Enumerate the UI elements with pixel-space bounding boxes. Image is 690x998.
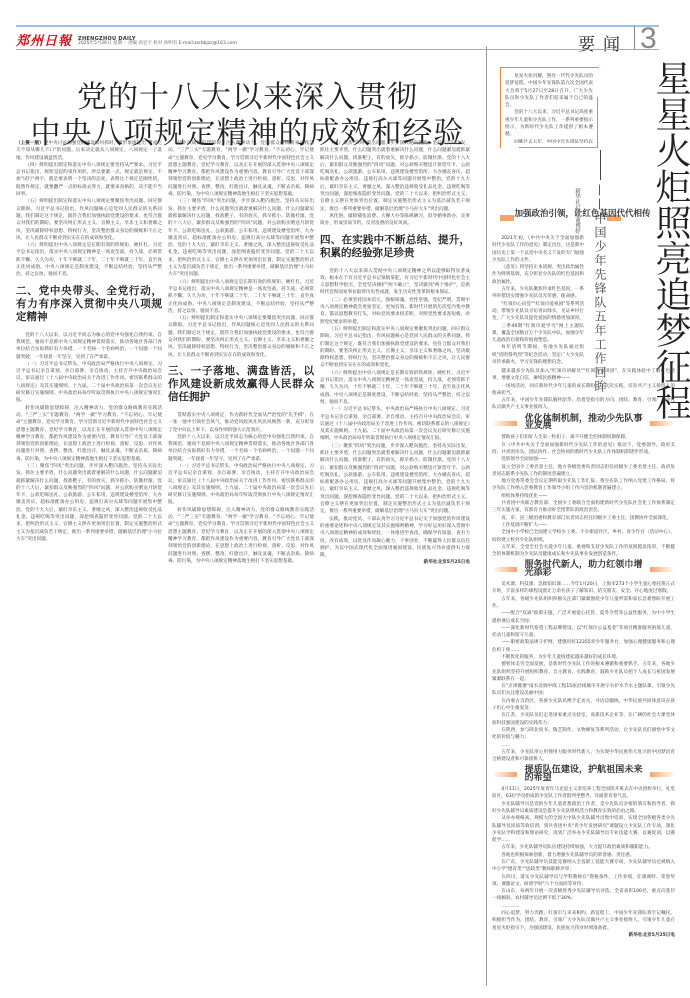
paragraph: （三）聚焦"四风"突出问题，步步深入靶向施治。坚持从实际出发，抓住主要矛盾，什么… [16,463,162,543]
paragraph: 党的十八大以来，以习近平同志为核心的党中央强化自我约束、自我规范，驰而不息抓中央… [168,434,314,463]
paragraph: （五）鲜明提出制定和落实中央八项规定要聚焦突出问题、回应群众期盼。习近平总书记指… [16,198,162,242]
section-heading-3: 三、一子落地、满盘皆活，以作风建设新成效赢得人民群众信任拥护 [168,365,314,404]
dateline: 新华社北京5月25日电 [320,559,470,566]
paragraph: 风化俗，破除铺张浪费、大操大办等陈规陋习，倡导婚事新办、丧事简办，形成崇尚节约、… [320,213,470,228]
accent-bar [650,567,675,572]
side-section-heading-1: 加强政治引领，让红色基因代代相传 [505,209,660,220]
section-heading-4: 四、在实践中不断总结、提升，积累的经验弥足珍贵 [320,234,470,260]
accent-bar [492,772,517,777]
paragraph: （六）鲜明提出中央八项规定是长期有效的铁规矩、硬杠杠。习近平总书记指出，落实中央… [16,242,162,278]
paragraph: 党的十八大以来，习近平总书记高度重视少年儿童和少先队工作，一系列重要指示批示，为… [505,109,593,138]
paragraph: （六）鲜明提出中央八项规定是长期有效的铁规矩、硬杠杠。习近平总书记指出，落实中央… [168,279,314,315]
paragraph: （五）鲜明提出制定和落实中央八项规定要聚焦突出问题、回应群众期盼。习近平总书记指… [320,326,470,370]
paragraph: （四）鲜明提出制定和落实中央八项规定要坚持从严要求。习近平总书记指出，规矩是起约… [16,162,162,198]
paragraph: 回眸过去五年，中国少年先锋队坚持以习近平新时代中国特色社会主义思想为指导，立足少… [505,139,593,143]
paragraph: 转作风破除思想障碍，注入精神动力。党的群众路线教育实践活动、"三严三实"专题教育… [16,405,162,463]
paragraph: （一）习近平总书记带头，中央政治局严格执行中央八项规定。习近平总书记亲自谋划、亲… [168,463,314,507]
side-section-1-body: 2021年初，《中共中央关于全面加强新时代少先队工作的意见》制定出台，这是新中国… [492,235,584,375]
accent-bar [492,567,517,572]
side-article-border [486,46,487,986]
main-article-column-3: （三）聚焦"四风"突出问题，步步深入靶向施治。坚持从实际出发，抓住主要矛盾，什么… [320,140,470,990]
paragraph: （二）必须坚持固本培元，强根铸魂。党性坚强，党纪严明，贯彻中央八项规定精神就会更… [320,297,470,326]
paragraph: （五）鲜明提出制定和落实中央八项规定要聚焦突出问题、回应群众期盼。习近平总书记指… [168,315,314,359]
paragraph: 转作风破除思想障碍，注入精神动力。党的群众路线教育实践活动、"三严三实"专题教育… [168,507,314,565]
side-section-heading-2: 优化体制机制，推动少先队事业发展 [492,416,675,431]
section-label: 要闻 [578,30,628,55]
header-rule [16,49,659,50]
side-article-subtitle: ——中国少年先锋队五年工作回眸 [592,150,609,394]
main-article-column-1: （上接一版）党中央讨论加强党的建设如何抓时，就形象地提出"老虎吃天不知从哪儿下口… [16,140,162,990]
side-dateline: 新华社北京5月25日电 [492,932,675,939]
paragraph: 党的十八大以来深入贯彻中央八项规定精神之所以能够取得显著成效，根本在于有习近平总… [320,268,470,297]
paragraph: （三）聚焦"四风"突出问题，步步深入靶向施治。坚持从实际出发，抓住主要矛盾，什么… [320,140,470,213]
continued-marker: （上接一版） [16,141,44,146]
section-heading-2: 二、党中央带头、全党行动，有力有序深入贯彻中央八项规定精神 [16,285,162,324]
paragraph: 党的十八大以来，以习近平同志为核心的党中央强化自我约束、自我规范，驰而不息抓中央… [16,332,162,361]
paragraph: 星星火炬闪耀，照亮一代代少先队员的追梦征程。中国少年先锋队第九次全国代表大会将于… [505,73,593,109]
paragraph: 贯彻落实中央八项规定，作为新时代全面从严治党的"先手棋"，在一张一弛中引领社会风… [168,412,314,434]
paragraph: 转作风破除思想障碍，注入精神动力。党的群众路线教育实践活动、"三严三实"专题教育… [168,140,314,198]
side-section-heading-3: 服务时代新人，助力红领巾增光添彩 [492,562,675,577]
accent-bar [492,421,517,426]
paragraph: （一）习近平总书记带头，中央政治局严格执行中央八项规定。习近平总书记亲自谋划、亲… [16,361,162,405]
paragraph: 实践，推动党员、干部认真学习习近平总书记关于加强党的作风建设的重要论述和中央八项… [320,516,470,560]
top-rule [16,25,659,27]
paragraph: （六）鲜明提出中央八项规定是长期有效的铁规矩、硬杠杠。习近平总书记指出，落实中央… [320,370,470,406]
side-article-intro: 星星火炬闪耀，照亮一代代少先队员的追梦征程。中国少年先锋队第九次全国代表大会将于… [505,73,593,143]
side-article-title: 星星火炬照亮追梦征程 [650,60,690,420]
side-section-heading-4: 提质队伍建设，护航祖国未来的希望 [492,767,675,782]
accent-bar [650,421,675,426]
paragraph: （三）聚焦"四风"突出问题，步步深入靶向施治。坚持从实际出发，抓住主要矛盾，什么… [168,198,314,278]
newspaper-logo: 郑州日報 [16,30,72,49]
side-article-body: 越来越多少先队员加入"红领巾讲解员""红领巾宣讲团"，在实践体验中了解红色故事，… [492,368,675,988]
edition-info: 2025年5月26日 星期一 责编 高宏宇 校对 孙明有 E-mail:zzrb… [78,40,237,46]
section-divider [634,26,635,50]
paragraph: （三）聚焦"四风"突出问题，步步深入靶向施治。坚持从实际出发，抓住主要矛盾，什么… [320,443,470,516]
accent-bar [650,772,675,777]
main-article-column-2: 转作风破除思想障碍，注入精神动力。党的群众路线教育实践活动、"三严三实"专题教育… [168,140,314,990]
page-number: 3 [640,22,657,56]
headline-line-1: 党的十八大以来深入贯彻 [20,80,475,116]
paragraph: （一）习近平总书记带头，中央政治局严格执行中央八项规定。习近平总书记亲自谋划、亲… [320,406,470,442]
